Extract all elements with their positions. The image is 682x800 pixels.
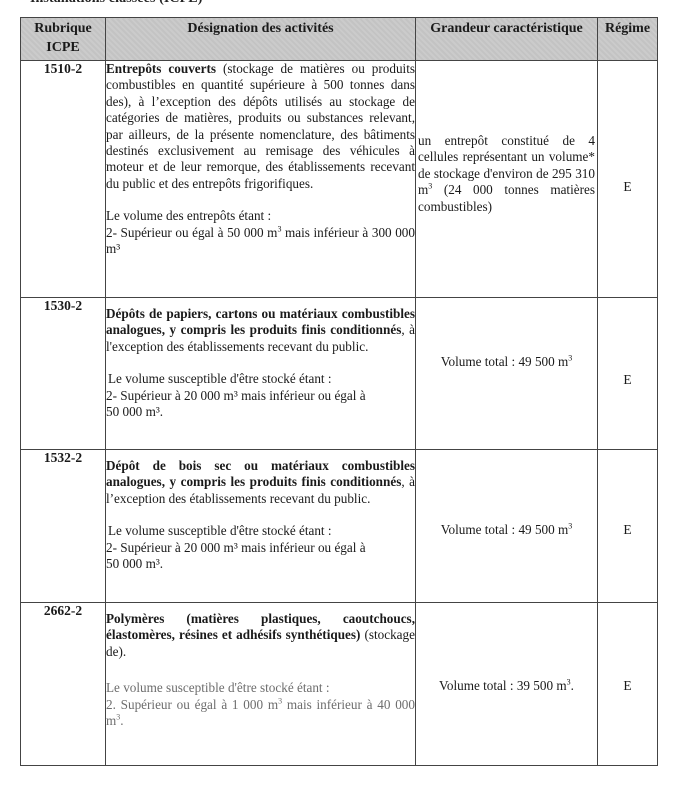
superscript: 3 (568, 354, 572, 363)
regime-value: E (598, 61, 658, 298)
rubrique-code: 1532-2 (21, 450, 106, 603)
grandeur-text: Volume total : 49 500 m (441, 354, 569, 369)
grandeur-value: un entrepôt constitué de 4 cellules repr… (416, 133, 597, 215)
header-regime: Régime (598, 18, 658, 61)
designation-title: Dépôts de papiers, cartons ou matériaux … (106, 306, 415, 337)
grandeur-cell: un entrepôt constitué de 4 cellules repr… (416, 61, 598, 298)
designation-cell: Dépôt de bois sec ou matériaux combustib… (106, 450, 416, 603)
designation-cell: Entrepôts couverts (stockage de matières… (106, 61, 416, 298)
designation-description: Dépôt de bois sec ou matériaux combustib… (106, 458, 415, 507)
rubrique-code: 1510-2 (21, 61, 106, 298)
table-header-row: Rubrique ICPE Désignation des activités … (21, 18, 658, 61)
grandeur-text: (24 000 tonnes matières combustibles) (418, 182, 595, 213)
header-designation: Désignation des activités (106, 18, 416, 61)
designation-title: Dépôt de bois sec ou matériaux combustib… (106, 458, 415, 489)
designation-cell: Polymères (matières plastiques, caoutcho… (106, 603, 416, 766)
grandeur-text: Volume total : 49 500 m (441, 522, 569, 537)
grandeur-value: Volume total : 39 500 m3. (416, 678, 597, 694)
volume-threshold-part: 2- Supérieur ou égal à 50 000 m (106, 225, 277, 240)
grandeur-text: . (571, 678, 574, 693)
table-row: 1530-2 Dépôts de papiers, cartons ou mat… (21, 298, 658, 450)
icpe-table: Rubrique ICPE Désignation des activités … (20, 17, 658, 766)
designation-description: Dépôts de papiers, cartons ou matériaux … (106, 306, 415, 355)
grandeur-cell: Volume total : 49 500 m3 (416, 298, 598, 450)
regime-value: E (598, 298, 658, 450)
table-row: 2662-2 Polymères (matières plastiques, c… (21, 603, 658, 766)
volume-threshold: 2. Supérieur ou égal à 1 000 m3 mais inf… (106, 697, 415, 730)
header-grandeur: Grandeur caractéristique (416, 18, 598, 61)
designation-description: Polymères (matières plastiques, caoutcho… (106, 611, 415, 660)
grandeur-cell: Volume total : 39 500 m3. (416, 603, 598, 766)
superscript: 3 (568, 522, 572, 531)
grandeur-value: Volume total : 49 500 m3 (416, 522, 597, 538)
rubrique-code: 1530-2 (21, 298, 106, 450)
volume-intro: Le volume susceptible d'être stocké étan… (106, 523, 415, 539)
table-row: 1532-2 Dépôt de bois sec ou matériaux co… (21, 450, 658, 603)
designation-text: (stockage de matières ou produits combus… (106, 61, 415, 191)
designation-title: Entrepôts couverts (106, 61, 216, 76)
grandeur-value: Volume total : 49 500 m3 (416, 354, 597, 370)
volume-intro: Le volume susceptible d'être stocké étan… (106, 371, 415, 387)
table-row: 1510-2 Entrepôts couverts (stockage de m… (21, 61, 658, 298)
designation-cell: Dépôts de papiers, cartons ou matériaux … (106, 298, 416, 450)
grandeur-text: Volume total : 39 500 m (439, 678, 567, 693)
volume-threshold-part: . (120, 713, 123, 728)
header-rubrique: Rubrique ICPE (21, 18, 106, 61)
volume-intro: Le volume des entrepôts étant : (106, 208, 415, 224)
grandeur-cell: Volume total : 49 500 m3 (416, 450, 598, 603)
regime-value: E (598, 450, 658, 603)
volume-threshold-part: 2. Supérieur ou égal à 1 000 m (106, 697, 278, 712)
volume-intro: Le volume susceptible d'être stocké étan… (106, 680, 415, 696)
rubrique-code: 2662-2 (21, 603, 106, 766)
regime-value: E (598, 603, 658, 766)
volume-threshold: 2- Supérieur à 20 000 m³ mais inférieur … (106, 540, 415, 573)
designation-description: Entrepôts couverts (stockage de matières… (106, 61, 415, 192)
volume-threshold: 2- Supérieur ou égal à 50 000 m3 mais in… (106, 225, 415, 258)
section-title: Installations classées (ICPE) (30, 0, 202, 7)
volume-threshold: 2- Supérieur à 20 000 m³ mais inférieur … (106, 388, 415, 421)
